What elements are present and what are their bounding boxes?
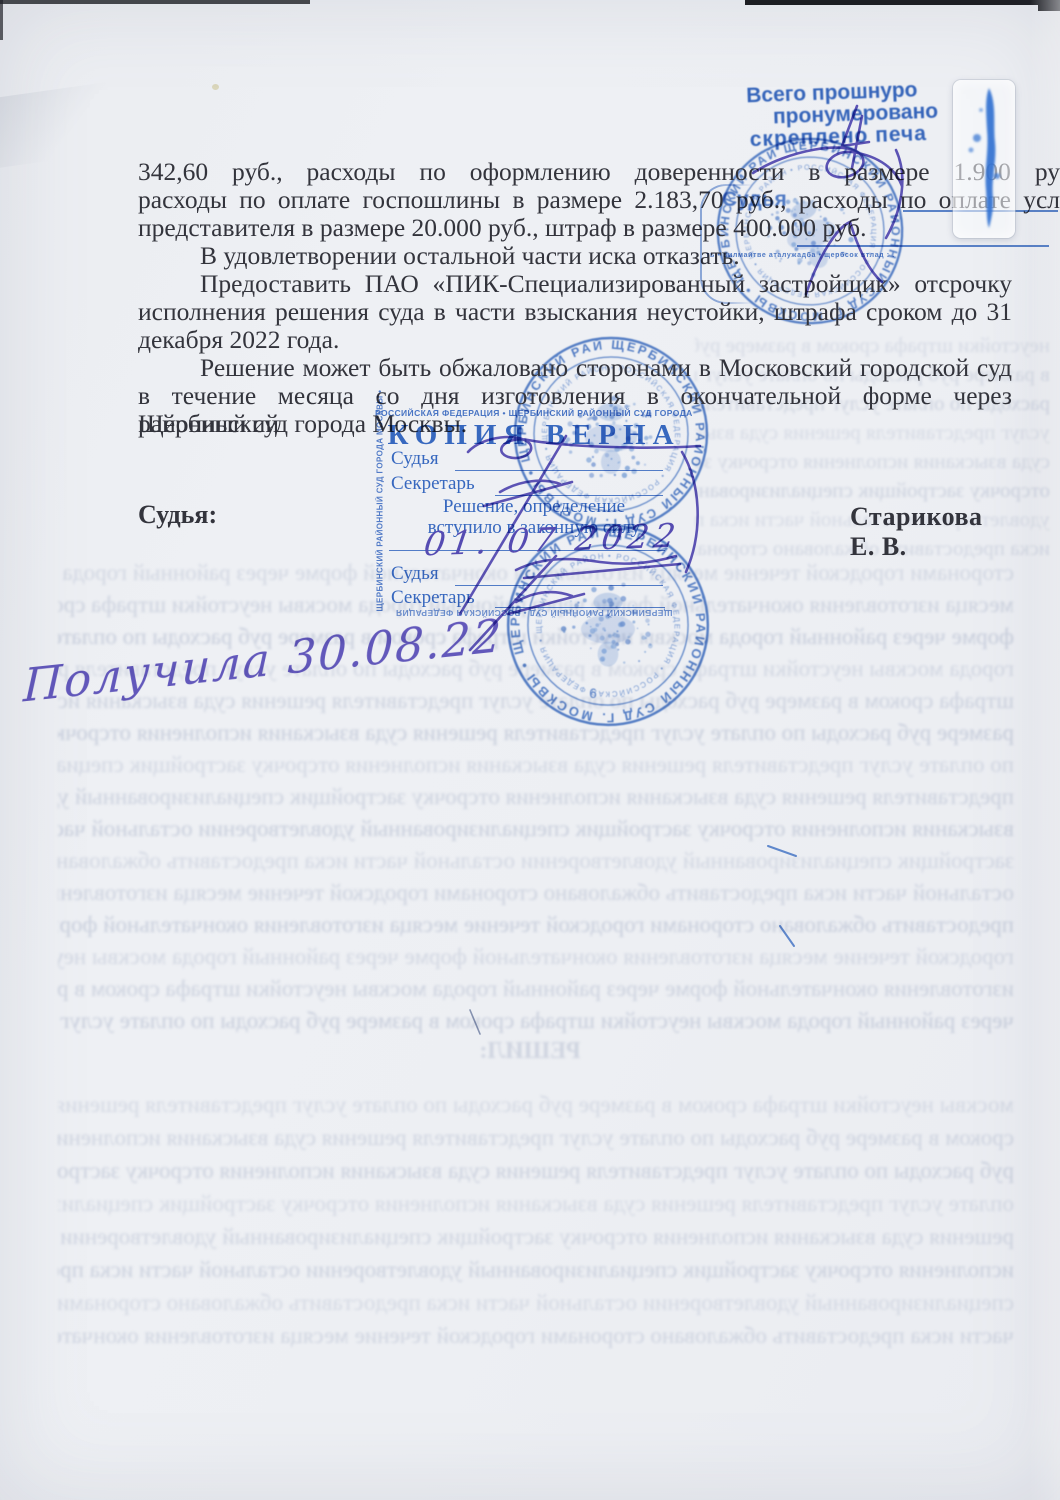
bleedthrough-line: решения суда взыскания исполнения отсроч… (58, 1224, 1014, 1257)
page-scan: неустойки штрафа сроком в размере руб ра… (0, 0, 1060, 1500)
bleedthrough-line: руб расходы по оплате услуг представител… (58, 1158, 1014, 1191)
judge-label: Судья: (138, 500, 217, 529)
bleedthrough-line: представителя решения суда взыскания исп… (58, 784, 1014, 816)
paper-crease (0, 78, 146, 168)
bleedthrough-line: суда взыскания исполнения отсрочку застр… (695, 449, 1050, 478)
body-line: декабря 2022 года. (138, 326, 1012, 354)
bleedthrough-line: оплате услуг представителя решения суда … (58, 1191, 1014, 1224)
scan-edge-top-right (745, 0, 1060, 5)
bleedthrough-line: исполнения отсрочку застройщик специализ… (58, 1257, 1014, 1290)
binding-stamp-line3: скреплено печа (747, 123, 939, 152)
bleedthrough-line: остальной части иска предоставить обжало… (58, 880, 1014, 912)
judge-name: Старикова Е. В. (850, 502, 1012, 562)
bleedthrough-line: городской течение месяца изготовления ок… (58, 944, 1014, 976)
paper-fold-highlight (1030, 0, 1060, 1500)
judge-signature-line (797, 245, 1049, 247)
paper-stain (212, 84, 219, 90)
copy-stamp-secretary-label: Секретарь (391, 473, 475, 495)
copy-stamp-judge-label-2: Судья (391, 563, 439, 585)
bleedthrough-line: застройщик специализированный удовлетвор… (58, 848, 1014, 880)
copy-stamp-entered-line1: Решение, определение (375, 496, 693, 517)
scan-edge-top-left (0, 0, 310, 4)
bleedthrough-line: изготовления окончательной форме через р… (58, 976, 1014, 1008)
body-line: Решение может быть обжаловано сторонами … (138, 354, 1012, 382)
bleedthrough-line: по оплате услуг представителя решения су… (58, 752, 1014, 784)
bleedthrough-line: через районный города москвы неустойки ш… (58, 1008, 1014, 1040)
judge-line-stamp-label: Судья (722, 188, 787, 212)
body-line: в течение месяца со дня изготовления в о… (138, 382, 1012, 410)
scan-edge-left (0, 0, 3, 40)
copy-stamp-secretary-label-2: Секретарь (391, 587, 475, 609)
body-line: 342,60 руб., расходы по оформлению довер… (138, 158, 1060, 186)
bleedthrough-line: москвы неустойки штрафа сроком в размере… (58, 1092, 1014, 1125)
copy-stamp: РОССИЙСКАЯ ФЕДЕРАЦИЯ • ЩЕРБИНСКИЙ РАЙОНН… (375, 408, 693, 618)
bleedthrough-line: сроком в размере руб расходы по оплате у… (58, 1125, 1014, 1158)
decision-text: 342,60 руб., расходы по оформлению довер… (138, 158, 1012, 438)
micro-text-illegible: ть • вилмайтве аталужадба • щербсок втла… (706, 252, 1016, 259)
body-line: исполнения решения суда в части взыскани… (138, 298, 1012, 326)
body-line: представителя в размере 20.000 руб., штр… (138, 214, 1012, 242)
bleedthrough-line: части иска предоставить обжаловано сторо… (58, 1323, 1014, 1356)
ink-smudge (953, 80, 1015, 238)
copy-stamp-border-top: РОССИЙСКАЯ ФЕДЕРАЦИЯ • ЩЕРБИНСКИЙ РАЙОНН… (375, 408, 693, 418)
copy-stamp-judge-label: Судья (391, 448, 439, 470)
seal-number: 6 (589, 686, 597, 701)
binding-stamp: Всего прошнуро пронумеровано скреплено п… (746, 79, 939, 152)
signature-line (495, 607, 665, 608)
tape-patch (953, 80, 1015, 238)
signature-line (455, 585, 663, 586)
signature-line (455, 470, 663, 471)
bleedthrough-line: предоставить обжаловано сторонами городс… (58, 912, 1014, 944)
entered-into-force-date-handwritten: 01. 07 2022 (422, 516, 683, 564)
bleedthrough-line: взыскания исполнения отсрочку застройщик… (58, 816, 1014, 848)
bleedthrough-header: РЕШИЛ: (400, 1038, 660, 1065)
body-line: Предоставить ПАО «ПИК-Специализированный… (138, 270, 1012, 298)
bleedthrough-line: специализированный удовлетворении осталь… (58, 1290, 1014, 1323)
